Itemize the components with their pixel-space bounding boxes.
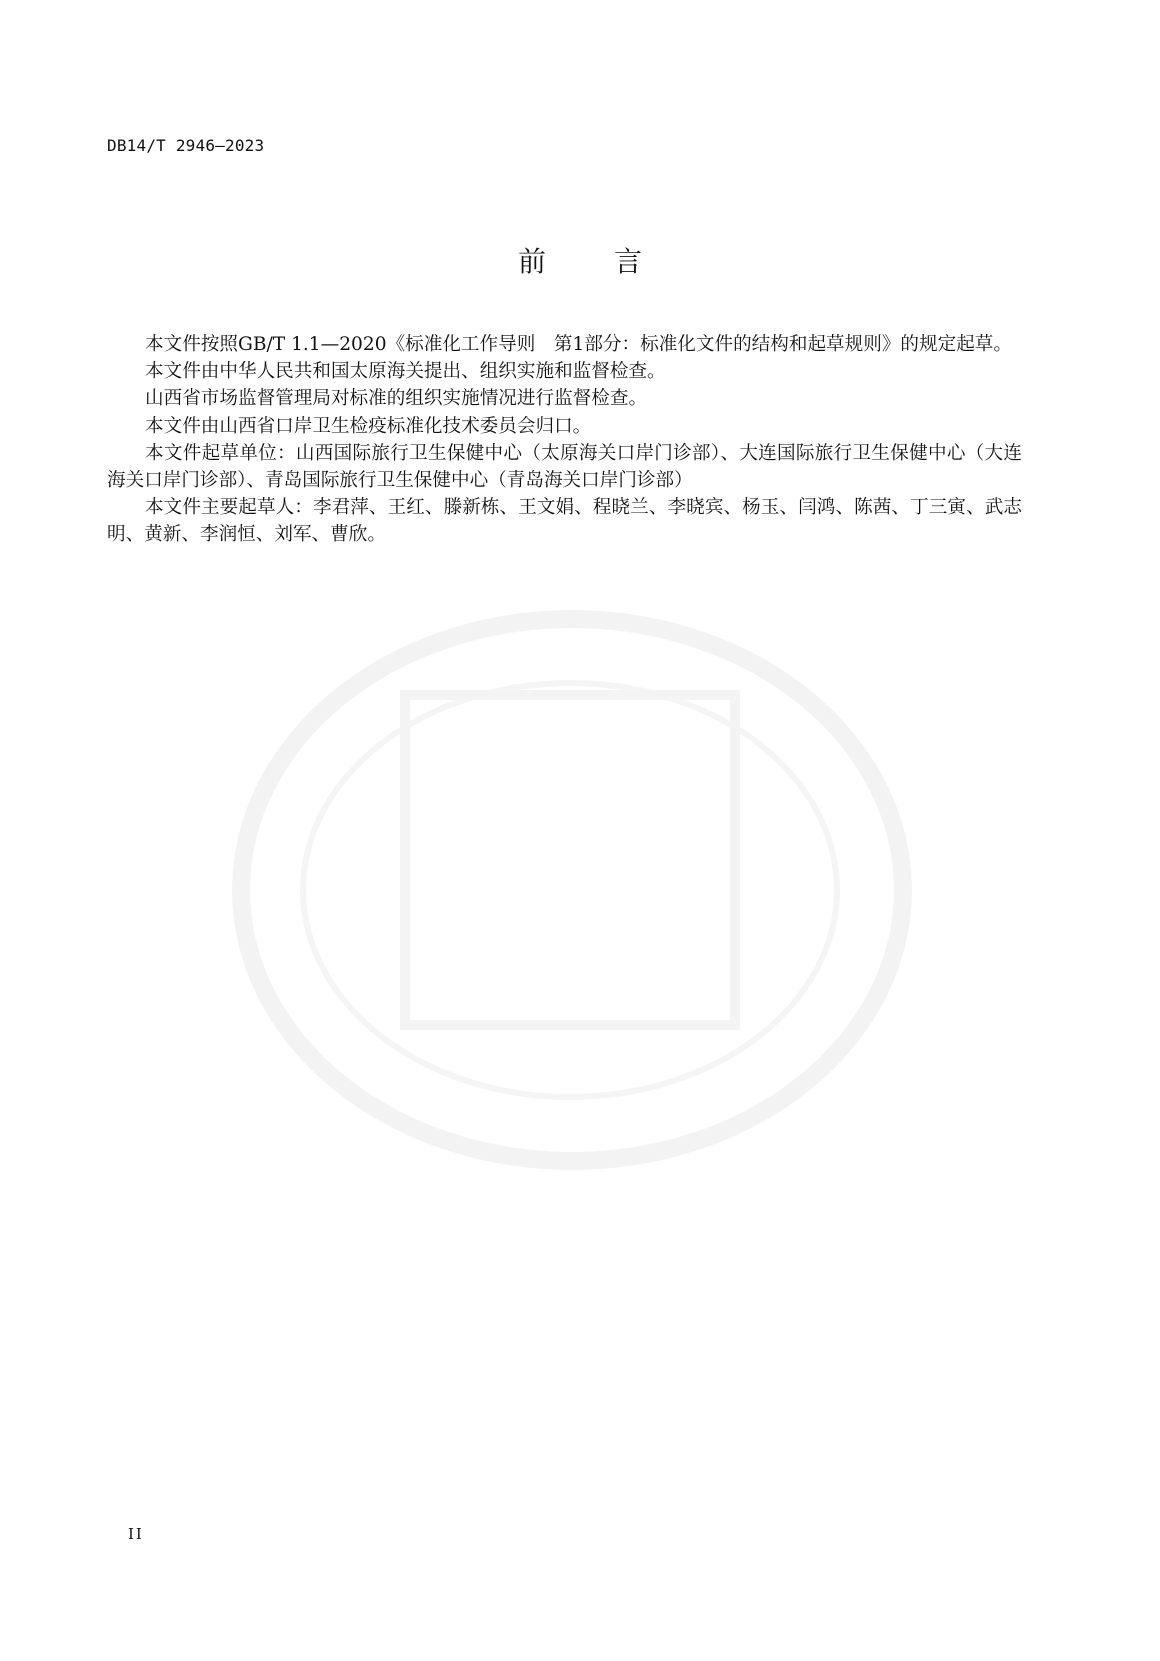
- paragraph-supervision: 山西省市场监督管理局对标准的组织实施情况进行监督检查。: [107, 385, 1022, 412]
- title-char-1: 前: [518, 240, 546, 280]
- paragraph-drafting-rules: 本文件按照GB/T 1.1—2020《标准化工作导则 第1部分：标准化文件的结构…: [107, 331, 1022, 358]
- page-title: 前言: [0, 240, 1160, 280]
- paragraph-drafting-units: 本文件起草单位：山西国际旅行卫生保健中心（太原海关口岸门诊部）、大连国际旅行卫生…: [107, 440, 1022, 494]
- paragraph-drafters: 本文件主要起草人：李君萍、王红、滕新栋、王文娟、程晓兰、李晓宾、杨玉、闫鸿、陈茜…: [107, 494, 1022, 548]
- paragraph-committee: 本文件由山西省口岸卫生检疫标准化技术委员会归口。: [107, 413, 1022, 440]
- watermark-emblem: [400, 690, 740, 1030]
- page-number: II: [128, 1525, 144, 1543]
- document-code: DB14/T 2946—2023: [107, 136, 264, 155]
- foreword-body: 本文件按照GB/T 1.1—2020《标准化工作导则 第1部分：标准化文件的结构…: [107, 331, 1022, 549]
- title-char-2: 言: [614, 240, 642, 280]
- paragraph-proposer: 本文件由中华人民共和国太原海关提出、组织实施和监督检查。: [107, 358, 1022, 385]
